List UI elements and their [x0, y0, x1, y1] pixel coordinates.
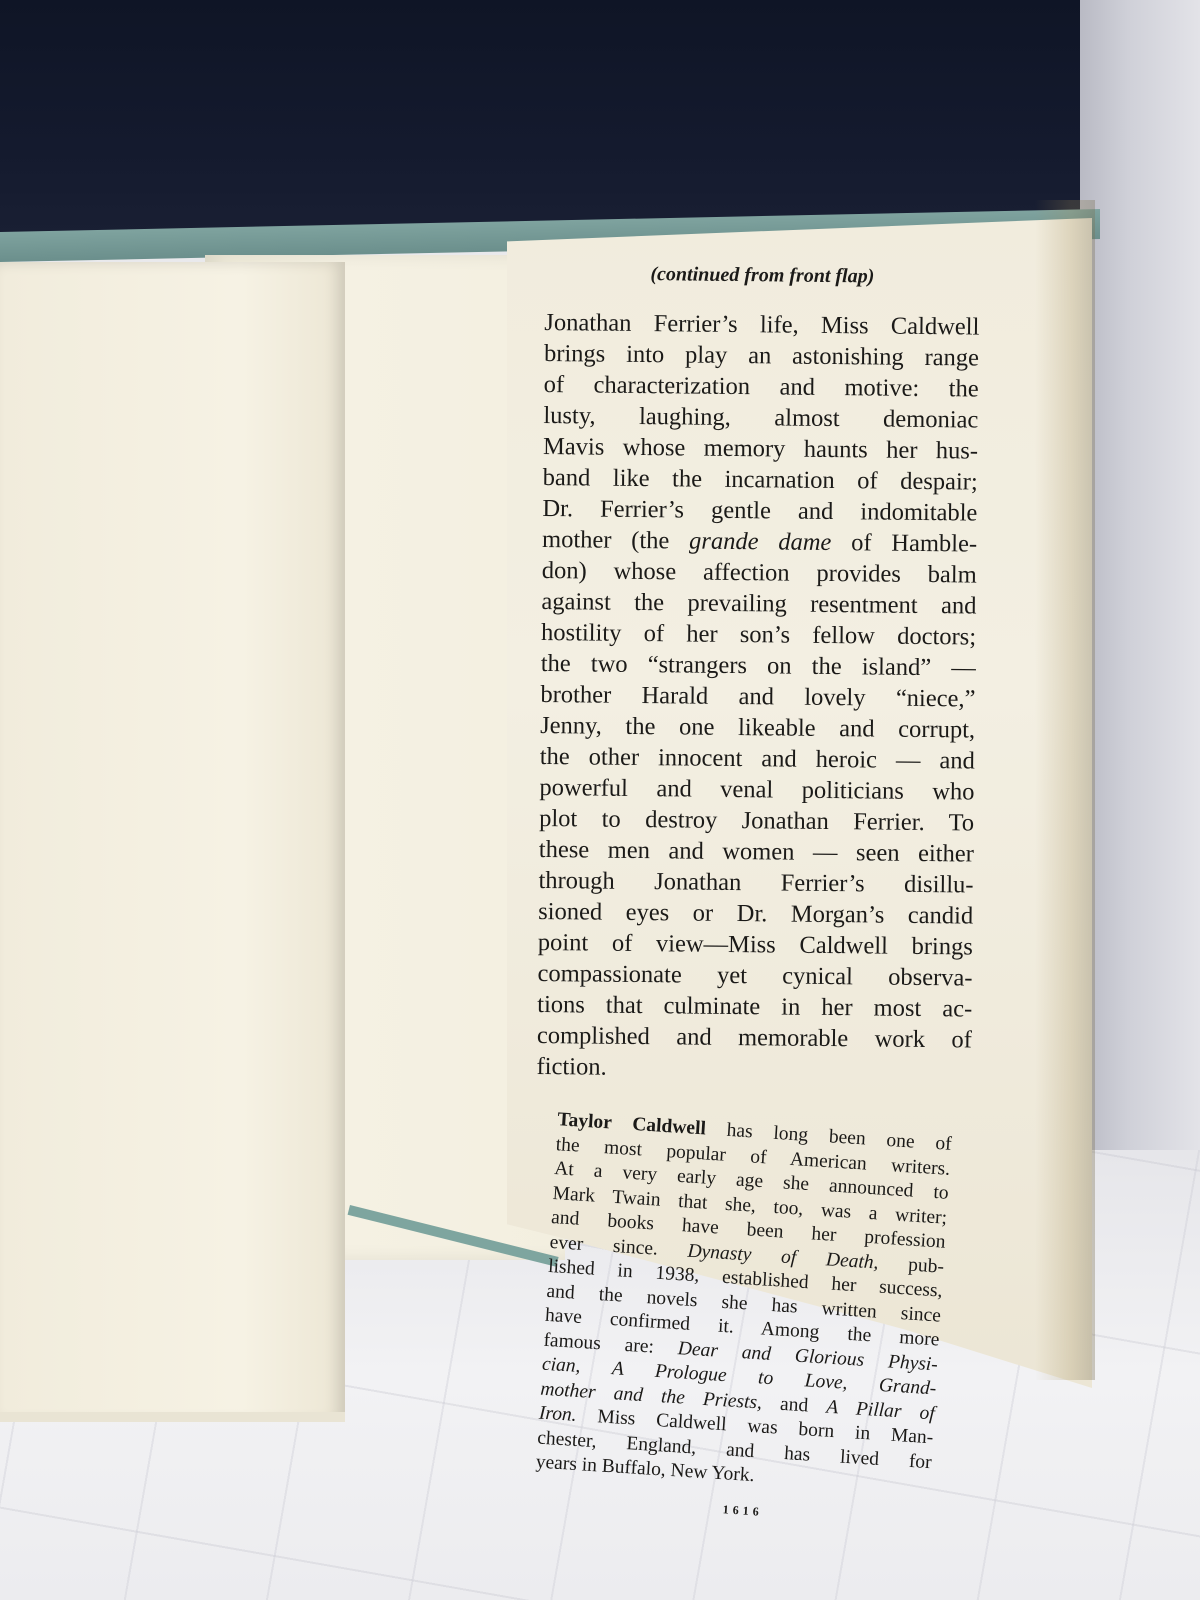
synopsis-line: plot to destroy Jonathan Ferrier. To — [539, 803, 974, 839]
synopsis-line: brother Harald and lovely “niece,” — [540, 679, 975, 715]
synopsis-line: hostility of her son’s fellow doctors; — [541, 617, 976, 653]
synopsis-line: Jenny, the one likeable and corrupt, — [540, 710, 975, 746]
synopsis-line: Mavis whose memory haunts her hus- — [543, 431, 978, 467]
synopsis-line: point of view—Miss Caldwell brings — [538, 927, 973, 963]
synopsis-line: sioned eyes or Dr. Morgan’s candid — [538, 896, 973, 932]
synopsis-line: lusty, laughing, almost demoniac — [543, 400, 978, 436]
synopsis-line: against the prevailing resentment and — [541, 586, 976, 622]
synopsis-line: Dr. Ferrier’s gentle and indomitable — [542, 493, 977, 529]
text-run: of Hamble- — [851, 529, 977, 557]
synopsis-line: brings into play an astonishing range — [544, 338, 979, 374]
book-title: Iron. — [538, 1403, 577, 1426]
synopsis-line: these men and women — seen either — [539, 834, 974, 870]
book-title: cian, — [541, 1354, 581, 1377]
endpaper-left — [0, 262, 345, 1422]
synopsis-line: complished and memorable work of — [537, 1020, 972, 1056]
synopsis-line: fiction. — [536, 1051, 971, 1087]
italic-phrase: grande dame — [689, 528, 832, 556]
book-title: Grand- — [878, 1375, 937, 1400]
text-run: pub- — [878, 1252, 945, 1277]
synopsis-line: powerful and venal politicians who — [539, 772, 974, 808]
jacket-flap-text: (continued from front flap) Jonathan Fer… — [532, 262, 980, 1514]
synopsis-paragraph: Jonathan Ferrier’s life, Miss Caldwell b… — [536, 307, 979, 1087]
synopsis-line: mother (the grande dame of Hamble- — [542, 524, 977, 560]
synopsis-line: compassionate yet cynical observa- — [537, 958, 972, 994]
synopsis-line: don) whose affection provides balm — [542, 555, 977, 591]
synopsis-line: the two “strangers on the island” — — [541, 648, 976, 684]
text-run: and — [761, 1392, 827, 1417]
synopsis-line: through Jonathan Ferrier’s disillu- — [538, 865, 973, 901]
author-bio: Taylor Caldwell has long been one of the… — [533, 1108, 952, 1534]
continued-from-front-flap: (continued from front flap) — [545, 262, 980, 290]
synopsis-line: Jonathan Ferrier’s life, Miss Caldwell — [544, 307, 979, 343]
synopsis-line: tions that culminate in her most ac- — [537, 989, 972, 1025]
synopsis-line: the other innocent and heroic — and — [540, 741, 975, 777]
synopsis-line: band like the incarnation of despair; — [543, 462, 978, 498]
synopsis-line: of characterization and motive: the — [544, 369, 979, 405]
text-run: mother (the — [542, 526, 670, 554]
